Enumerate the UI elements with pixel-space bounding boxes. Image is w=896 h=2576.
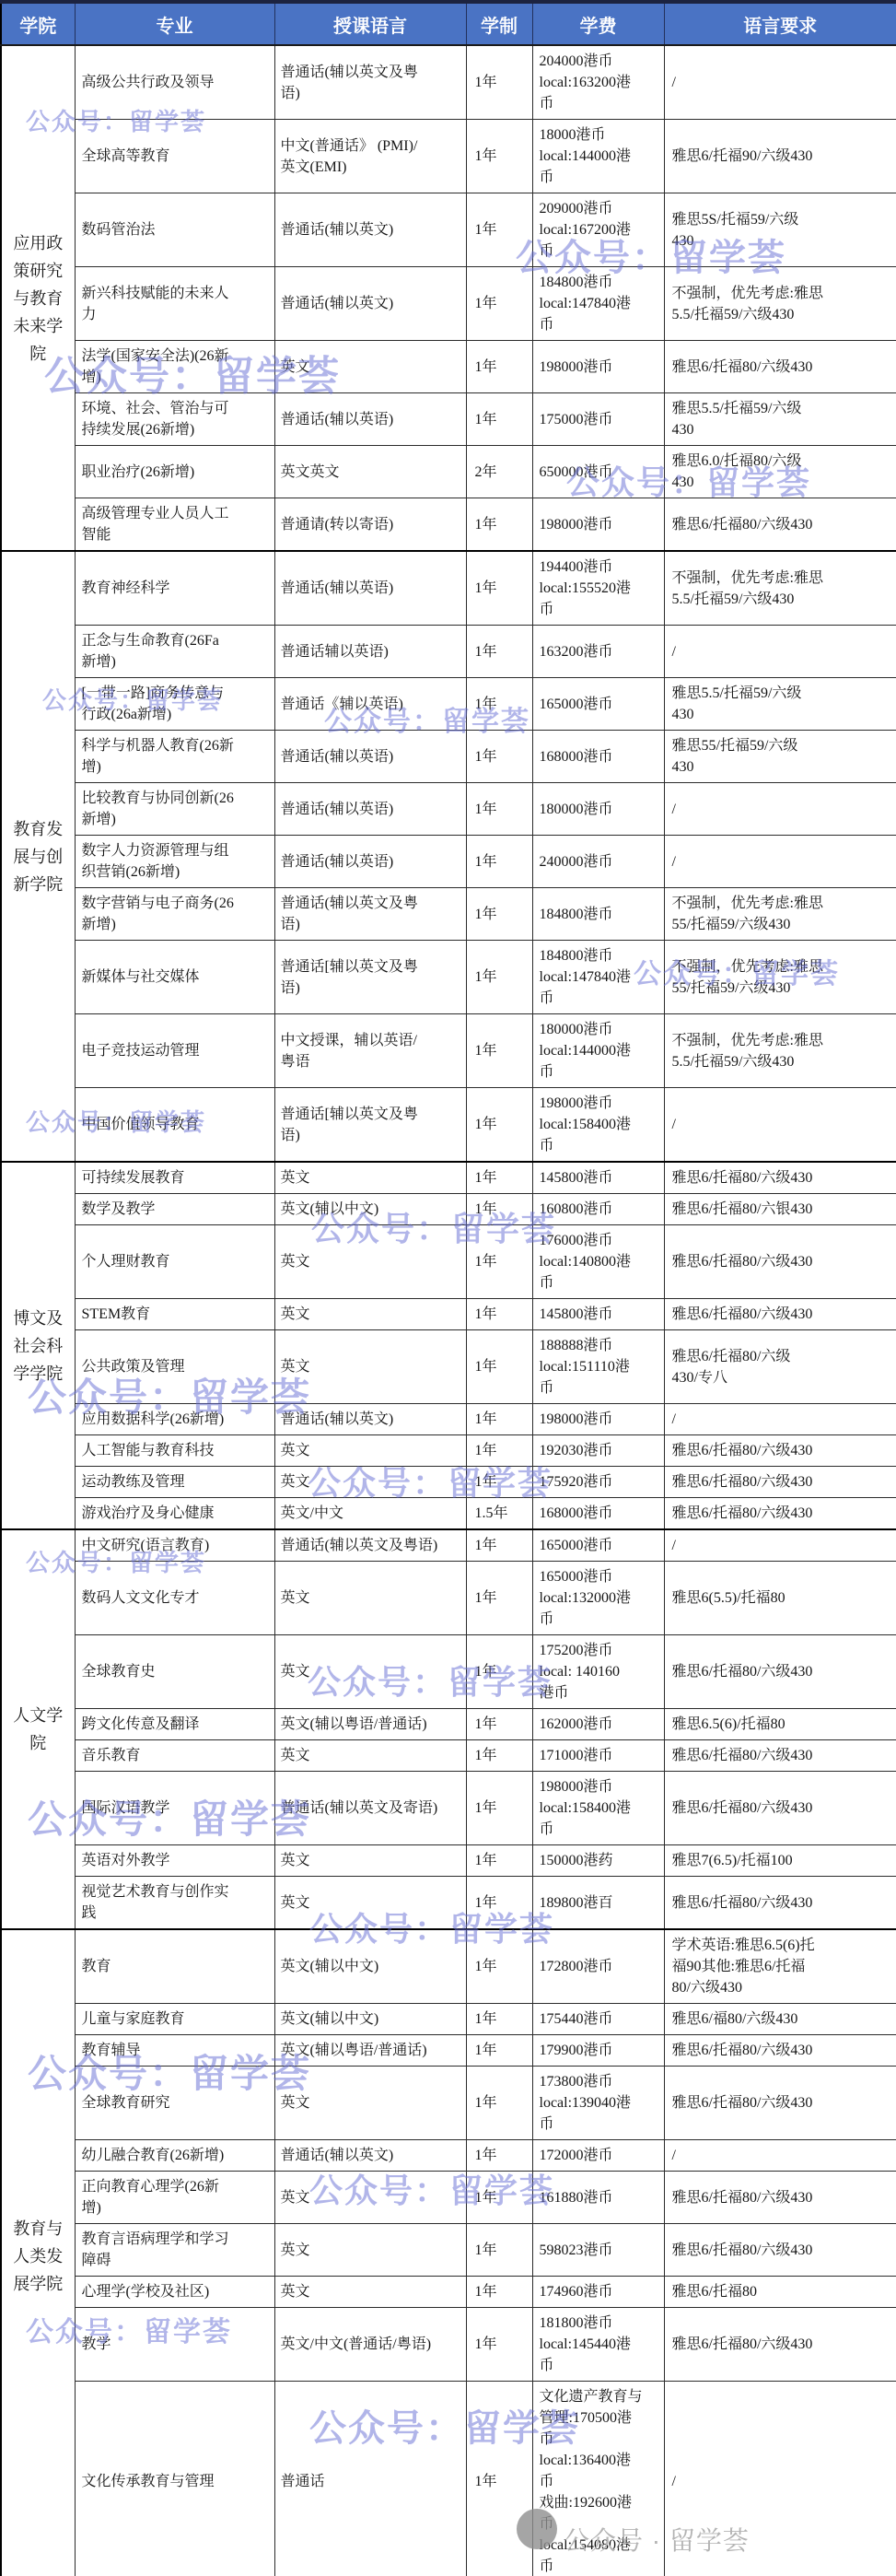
language-cell: 普通请(转以寄语) [274, 498, 466, 552]
requirement-cell: 雅思6/托福80/六级430 [664, 1467, 896, 1498]
duration-cell: 1年 [466, 1845, 532, 1877]
fee-cell: 209000港币 local:167200港 币 [532, 193, 664, 267]
language-cell: 英文 [274, 341, 466, 393]
fee-cell: 650000港币 [532, 446, 664, 498]
table-row: 英语对外教学英文1年150000港药雅思7(6.5)/托福100 [1, 1845, 896, 1877]
requirement-cell: 雅思6.0/托福80/六级 430 [664, 446, 896, 498]
table-row: 数字营销与电子商务(26 新增)普通话(辅以英文及粤 语)1年184800港币不… [1, 888, 896, 941]
duration-cell: 1年 [466, 1014, 532, 1088]
language-cell: 普通话(辅以英文) [274, 193, 466, 267]
major-cell: 儿童与家庭教育 [75, 2004, 274, 2035]
table-row: 教学英文/中文(普通话/粤语)1年181800港币 local:145440港 … [1, 2308, 896, 2382]
college-group: 应用政策研究与教育未来学院高级公共行政及领导普通话(辅以英文及粤 语)1年204… [1, 45, 896, 551]
requirement-cell: 不强制，优先考虑:雅思 55/托福59/六级430 [664, 888, 896, 941]
table-row: 教育发展与创新学院教育神经科学普通话(辅以英语)1年194400港币 local… [1, 551, 896, 626]
column-header-1: 专业 [75, 2, 274, 45]
table-row: 运动教练及管理英文1年175920港币雅思6/托福80/六级430 [1, 1467, 896, 1498]
fee-cell: 198000港币 [532, 341, 664, 393]
page: 学院专业授课语言学制学费语言要求 应用政策研究与教育未来学院高级公共行政及领导普… [0, 0, 896, 2576]
major-cell: 教育 [75, 1929, 274, 2004]
duration-cell: 1年 [466, 626, 532, 678]
major-cell: 全球高等教育 [75, 120, 274, 193]
table-row: 国际汉语教学普通话(辅以英文及寄语)1年198000港币 local:15840… [1, 1772, 896, 1845]
major-cell: 英语对外教学 [75, 1845, 274, 1877]
table-row: 视觉艺术教育与创作实 践英文1年189800港百雅思6/托福80/六级430 [1, 1877, 896, 1930]
fee-cell: 181800港币 local:145440港 币 [532, 2308, 664, 2382]
requirement-cell: / [664, 2382, 896, 2576]
duration-cell: 1年 [466, 731, 532, 783]
fee-cell: 145800港币 [532, 1299, 664, 1330]
requirement-cell: 雅思6/托福80/六银430 [664, 1194, 896, 1225]
requirement-cell: 雅思6/托福80/六级430 [664, 2224, 896, 2277]
requirement-cell: 雅思5S/托福59/六级 430 [664, 193, 896, 267]
major-cell: [一带一路]商务传意与 行政(26a新增) [75, 678, 274, 731]
language-cell: 英文(辅以粤语/普通话) [274, 1709, 466, 1740]
requirement-cell: / [664, 1404, 896, 1435]
duration-cell: 1年 [466, 2067, 532, 2140]
fee-cell: 175000港币 [532, 393, 664, 446]
fee-cell: 163200港币 [532, 626, 664, 678]
duration-cell: 1年 [466, 2308, 532, 2382]
language-cell: 普通话(辅以英语) [274, 836, 466, 888]
requirement-cell: 不强制，优先考虑:雅思 5.5/托福59/六级430 [664, 1014, 896, 1088]
table-row: 教育言语病理学和学习 障碍英文1年598023港币雅思6/托福80/六级430 [1, 2224, 896, 2277]
column-header-4: 学费 [532, 2, 664, 45]
requirement-cell: 雅思55/托福59/六级 430 [664, 731, 896, 783]
requirement-cell: 雅思5.5/托福59/六级 430 [664, 393, 896, 446]
language-cell: 英文(辅以中文) [274, 2004, 466, 2035]
table-row: 职业治疗(26新增)英文英文2年650000港币雅思6.0/托福80/六级 43… [1, 446, 896, 498]
table-row: 教育与人类发展学院教育英文(辅以中文)1年172800港币学术英语:雅思6.5(… [1, 1929, 896, 2004]
requirement-cell: 雅思6/托福80/六级430 [664, 2067, 896, 2140]
table-row: 数码管治法普通话(辅以英文)1年209000港币 local:167200港 币… [1, 193, 896, 267]
table-row: 公共政策及管理英文1年188888港币 local:151110港 币雅思6/托… [1, 1330, 896, 1404]
fee-cell: 174960港币 [532, 2277, 664, 2308]
fee-cell: 184800港币 [532, 888, 664, 941]
duration-cell: 1年 [466, 1877, 532, 1930]
major-cell: 正念与生命教育(26Fa 新增) [75, 626, 274, 678]
major-cell: 心理学(学校及社区) [75, 2277, 274, 2308]
fee-cell: 180000港币 [532, 783, 664, 836]
major-cell: 数码人文文化专才 [75, 1562, 274, 1635]
requirement-cell: 雅思5.5/托福59/六级 430 [664, 678, 896, 731]
language-cell: 英文 [274, 2224, 466, 2277]
language-cell: 普通话《辅以英语) [274, 678, 466, 731]
language-cell: 普通话(辅以英文及粤 语) [274, 45, 466, 120]
duration-cell: 1年 [466, 1709, 532, 1740]
table-row: 比较教育与协同创新(26 新增)普通话(辅以英语)1年180000港币/ [1, 783, 896, 836]
major-cell: 幼儿融合教育(26新增) [75, 2140, 274, 2172]
major-cell: 高级公共行政及领导 [75, 45, 274, 120]
language-cell: 普通话(辅以英文及粤语) [274, 1529, 466, 1562]
duration-cell: 1年 [466, 1194, 532, 1225]
duration-cell: 1年 [466, 2035, 532, 2067]
fee-cell: 175920港币 [532, 1467, 664, 1498]
table-row: STEM教育英文1年145800港币雅思6/托福80/六级430 [1, 1299, 896, 1330]
requirement-cell: / [664, 1088, 896, 1163]
duration-cell: 1年 [466, 2224, 532, 2277]
major-cell: 比较教育与协同创新(26 新增) [75, 783, 274, 836]
fee-cell: 240000港币 [532, 836, 664, 888]
requirement-cell: 雅思6/托福80/六级430 [664, 1162, 896, 1194]
language-cell: 普通话(辅以英语) [274, 551, 466, 626]
major-cell: 数学及教学 [75, 1194, 274, 1225]
requirement-cell: 雅思6/托福80/六级430 [664, 1225, 896, 1299]
table-row: 科学与机器人教育(26新 增)普通话(辅以英语)1年168000港币雅思55/托… [1, 731, 896, 783]
major-cell: 数字营销与电子商务(26 新增) [75, 888, 274, 941]
duration-cell: 1年 [466, 2172, 532, 2224]
language-cell: 英文/中文(普通话/粤语) [274, 2308, 466, 2382]
requirement-cell: 雅思6.5(6)/托福80 [664, 1709, 896, 1740]
table-row: 全球教育史英文1年175200港币 local: 140160 港币雅思6/托福… [1, 1635, 896, 1709]
major-cell: 人工智能与教育科技 [75, 1435, 274, 1467]
language-cell: 英文 [274, 1162, 466, 1194]
requirement-cell: 雅思6/托福80/六级430 [664, 1498, 896, 1530]
requirement-cell: 雅思6/托福90/六级430 [664, 120, 896, 193]
duration-cell: 1年 [466, 393, 532, 446]
table-row: 游戏治疗及身心健康英文/中文1.5年168000港币雅思6/托福80/六级430 [1, 1498, 896, 1530]
fee-cell: 189800港百 [532, 1877, 664, 1930]
table-row: 音乐教育英文1年171000港币雅思6/托福80/六级430 [1, 1740, 896, 1772]
header-row: 学院专业授课语言学制学费语言要求 [1, 2, 896, 45]
language-cell: 普通话(辅以英文) [274, 267, 466, 341]
duration-cell: 1年 [466, 1562, 532, 1635]
duration-cell: 1年 [466, 1740, 532, 1772]
duration-cell: 1年 [466, 941, 532, 1014]
duration-cell: 1年 [466, 1435, 532, 1467]
fee-cell: 180000港币 local:144000港 币 [532, 1014, 664, 1088]
fee-cell: 198000港币 local:158400港 币 [532, 1088, 664, 1163]
major-cell: 国际汉语教学 [75, 1772, 274, 1845]
table-row: 心理学(学校及社区)英文1年174960港币雅思6/托福80 [1, 2277, 896, 2308]
language-cell: 英文 [274, 1845, 466, 1877]
duration-cell: 1年 [466, 2277, 532, 2308]
language-cell: 英文 [274, 1562, 466, 1635]
duration-cell: 1年 [466, 2382, 532, 2576]
major-cell: 个人理财教育 [75, 1225, 274, 1299]
major-cell: 教学 [75, 2308, 274, 2382]
college-cell: 博文及社会科学学院 [1, 1162, 75, 1529]
duration-cell: 1年 [466, 1299, 532, 1330]
fee-cell: 145800港币 [532, 1162, 664, 1194]
major-cell: 数字人力资源管理与组 织营销(26新增) [75, 836, 274, 888]
requirement-cell: 雅思6/托福80/六级430 [664, 1299, 896, 1330]
table-row: 中国价值领导教育普通话[辅以英文及粤 语)1年198000港币 local:15… [1, 1088, 896, 1163]
table-row: 电子竞技运动管理中文授课，辅以英语/ 粤语1年180000港币 local:14… [1, 1014, 896, 1088]
college-group: 人文学院中文研究(语言教育)普通话(辅以英文及粤语)1年165000港币/数码人… [1, 1529, 896, 1929]
language-cell: 普通话(辅以英文) [274, 1404, 466, 1435]
table-row: 教育辅导英文(辅以粤语/普通话)1年179900港币雅思6/托福80/六级430 [1, 2035, 896, 2067]
language-cell: 普通话(辅以英语) [274, 393, 466, 446]
language-cell: 英文英文 [274, 446, 466, 498]
duration-cell: 1年 [466, 888, 532, 941]
requirement-cell: 雅思6/托福80/六级430 [664, 1635, 896, 1709]
fee-cell: 175440港币 [532, 2004, 664, 2035]
table-row: 环境、社会、管治与可 持续发展(26新增)普通话(辅以英语)1年175000港币… [1, 393, 896, 446]
major-cell: 教育神经科学 [75, 551, 274, 626]
language-cell: 英文 [274, 1435, 466, 1467]
requirement-cell: 雅思6/托福80 [664, 2277, 896, 2308]
table-row: 新媒体与社交媒体普通话[辅以英文及粤 语)1年184800港币 local:14… [1, 941, 896, 1014]
fee-cell: 161880港币 [532, 2172, 664, 2224]
language-cell: 英文(辅以粤语/普通话) [274, 2035, 466, 2067]
duration-cell: 1年 [466, 2140, 532, 2172]
duration-cell: 1年 [466, 1529, 532, 1562]
table-row: 数字人力资源管理与组 织营销(26新增)普通话(辅以英语)1年240000港币/ [1, 836, 896, 888]
table-row: 文化传承教育与管理普通话1年文化遗产教育与 管理:170500港 币 local… [1, 2382, 896, 2576]
language-cell: 英文 [274, 2172, 466, 2224]
fee-cell: 175200港币 local: 140160 港币 [532, 1635, 664, 1709]
requirement-cell: 不强制，优先考虑:雅思 5.5/托福59/六级430 [664, 267, 896, 341]
table-row: 高级管理专业人员人工 智能普通请(转以寄语)1年198000港币雅思6/托福80… [1, 498, 896, 552]
duration-cell: 1年 [466, 45, 532, 120]
language-cell: 普通话(辅以英文及粤 语) [274, 888, 466, 941]
requirement-cell: 雅思6/托福80/六级430 [664, 2035, 896, 2067]
duration-cell: 1年 [466, 1772, 532, 1845]
college-cell: 教育与人类发展学院 [1, 1929, 75, 2576]
requirement-cell: 雅思6(5.5)/托福80 [664, 1562, 896, 1635]
fee-cell: 192030港币 [532, 1435, 664, 1467]
major-cell: 教育辅导 [75, 2035, 274, 2067]
major-cell: 跨文化传意及翻译 [75, 1709, 274, 1740]
table-row: 数码人文文化专才英文1年165000港币 local:132000港 币雅思6(… [1, 1562, 896, 1635]
major-cell: 中国价值领导教育 [75, 1088, 274, 1163]
fee-cell: 文化遗产教育与 管理:170500港 币 local:136400港 币 戏曲:… [532, 2382, 664, 2576]
table-header: 学院专业授课语言学制学费语言要求 [1, 2, 896, 45]
duration-cell: 1年 [466, 1467, 532, 1498]
major-cell: 全球教育史 [75, 1635, 274, 1709]
programs-table: 学院专业授课语言学制学费语言要求 应用政策研究与教育未来学院高级公共行政及领导普… [0, 0, 896, 2576]
duration-cell: 1年 [466, 1088, 532, 1163]
duration-cell: 1年 [466, 1225, 532, 1299]
language-cell: 英文 [274, 2067, 466, 2140]
language-cell: 英文(辅以中文) [274, 1194, 466, 1225]
table-row: 应用数据科学(26新增)普通话(辅以英文)1年198000港币/ [1, 1404, 896, 1435]
requirement-cell: / [664, 1529, 896, 1562]
table-row: 全球高等教育中文(普通话》 (PMI)/ 英文(EMI)1年18000港币 lo… [1, 120, 896, 193]
language-cell: 英文 [274, 1877, 466, 1930]
requirement-cell: 雅思6/托福80/六级430 [664, 2308, 896, 2382]
fee-cell: 184800港币 local:147840港 币 [532, 267, 664, 341]
fee-cell: 150000港药 [532, 1845, 664, 1877]
language-cell: 普通话 [274, 2382, 466, 2576]
duration-cell: 1年 [466, 120, 532, 193]
language-cell: 中文(普通话》 (PMI)/ 英文(EMI) [274, 120, 466, 193]
table-row: 新兴科技赋能的未来人 力普通话(辅以英文)1年184800港币 local:14… [1, 267, 896, 341]
table-row: 正向教育心理学(26新 增)英文1年161880港币雅思6/托福80/六级430 [1, 2172, 896, 2224]
table-row: [一带一路]商务传意与 行政(26a新增)普通话《辅以英语)1年165000港币… [1, 678, 896, 731]
language-cell: 中文授课，辅以英语/ 粤语 [274, 1014, 466, 1088]
table-row: 法学(国家安全法)(26新 增)英文1年198000港币雅思6/托福80/六级4… [1, 341, 896, 393]
duration-cell: 1年 [466, 2004, 532, 2035]
table-row: 应用政策研究与教育未来学院高级公共行政及领导普通话(辅以英文及粤 语)1年204… [1, 45, 896, 120]
language-cell: 英文 [274, 2277, 466, 2308]
duration-cell: 1年 [466, 498, 532, 552]
requirement-cell: 雅思6/托福80/六级430 [664, 1740, 896, 1772]
requirement-cell: 不强制，优先考虑:雅思 5.5/托福59/六级430 [664, 551, 896, 626]
table-row: 全球教育研究英文1年173800港币 local:139040港 币雅思6/托福… [1, 2067, 896, 2140]
fee-cell: 176000港币 local:140800港 币 [532, 1225, 664, 1299]
requirement-cell: 不强制，优先考虑:雅思 55/托福59/六级430 [664, 941, 896, 1014]
requirement-cell: / [664, 836, 896, 888]
requirement-cell: 雅思6/福80/六级430 [664, 2004, 896, 2035]
table-row: 个人理财教育英文1年176000港币 local:140800港 币雅思6/托福… [1, 1225, 896, 1299]
fee-cell: 188888港币 local:151110港 币 [532, 1330, 664, 1404]
language-cell: 普通话(辅以英语) [274, 731, 466, 783]
college-cell: 教育发展与创新学院 [1, 551, 75, 1162]
fee-cell: 198000港币 [532, 1404, 664, 1435]
fee-cell: 598023港币 [532, 2224, 664, 2277]
table-row: 博文及社会科学学院可持续发展教育英文1年145800港币雅思6/托福80/六级4… [1, 1162, 896, 1194]
requirement-cell: 雅思6/托福80/六级 430/专八 [664, 1330, 896, 1404]
major-cell: 正向教育心理学(26新 增) [75, 2172, 274, 2224]
column-header-0: 学院 [1, 2, 75, 45]
college-group: 博文及社会科学学院可持续发展教育英文1年145800港币雅思6/托福80/六级4… [1, 1162, 896, 1529]
major-cell: 公共政策及管理 [75, 1330, 274, 1404]
major-cell: 视觉艺术教育与创作实 践 [75, 1877, 274, 1930]
language-cell: 英文 [274, 1740, 466, 1772]
language-cell: 英文(辅以中文) [274, 1929, 466, 2004]
major-cell: 数码管治法 [75, 193, 274, 267]
language-cell: 英文 [274, 1330, 466, 1404]
major-cell: 游戏治疗及身心健康 [75, 1498, 274, 1530]
fee-cell: 198000港币 [532, 498, 664, 552]
major-cell: 应用数据科学(26新增) [75, 1404, 274, 1435]
major-cell: 新兴科技赋能的未来人 力 [75, 267, 274, 341]
language-cell: 普通话(辅以英文及寄语) [274, 1772, 466, 1845]
duration-cell: 1年 [466, 193, 532, 267]
fee-cell: 162000港币 [532, 1709, 664, 1740]
requirement-cell: 雅思6/托福80/六级430 [664, 1877, 896, 1930]
major-cell: 高级管理专业人员人工 智能 [75, 498, 274, 552]
duration-cell: 1年 [466, 783, 532, 836]
fee-cell: 171000港币 [532, 1740, 664, 1772]
major-cell: 环境、社会、管治与可 持续发展(26新增) [75, 393, 274, 446]
fee-cell: 165000港币 [532, 678, 664, 731]
duration-cell: 2年 [466, 446, 532, 498]
requirement-cell: / [664, 2140, 896, 2172]
fee-cell: 172000港币 [532, 2140, 664, 2172]
major-cell: 电子竞技运动管理 [75, 1014, 274, 1088]
duration-cell: 1年 [466, 1929, 532, 2004]
language-cell: 英文 [274, 1467, 466, 1498]
major-cell: 教育言语病理学和学习 障碍 [75, 2224, 274, 2277]
fee-cell: 204000港币 local:163200港 币 [532, 45, 664, 120]
fee-cell: 198000港币 local:158400港 币 [532, 1772, 664, 1845]
requirement-cell: 雅思6/托福80/六级430 [664, 1435, 896, 1467]
requirement-cell: / [664, 45, 896, 120]
requirement-cell: 学术英语:雅思6.5(6)托 福90其他:雅思6/托福 80/六级430 [664, 1929, 896, 2004]
major-cell: 科学与机器人教育(26新 增) [75, 731, 274, 783]
fee-cell: 172800港币 [532, 1929, 664, 2004]
language-cell: 英文 [274, 1299, 466, 1330]
duration-cell: 1年 [466, 1330, 532, 1404]
duration-cell: 1年 [466, 678, 532, 731]
fee-cell: 173800港币 local:139040港 币 [532, 2067, 664, 2140]
requirement-cell: 雅思6/托福80/六级430 [664, 341, 896, 393]
major-cell: 新媒体与社交媒体 [75, 941, 274, 1014]
language-cell: 英文 [274, 1225, 466, 1299]
fee-cell: 18000港币 local:144000港 币 [532, 120, 664, 193]
table-row: 人文学院中文研究(语言教育)普通话(辅以英文及粤语)1年165000港币/ [1, 1529, 896, 1562]
duration-cell: 1年 [466, 1635, 532, 1709]
requirement-cell: 雅思6/托福80/六级430 [664, 1772, 896, 1845]
major-cell: 法学(国家安全法)(26新 增) [75, 341, 274, 393]
major-cell: 文化传承教育与管理 [75, 2382, 274, 2576]
fee-cell: 168000港币 [532, 731, 664, 783]
duration-cell: 1年 [466, 836, 532, 888]
language-cell: 普通话(辅以英语) [274, 783, 466, 836]
language-cell: 英文 [274, 1635, 466, 1709]
language-cell: 普通话辅以英语) [274, 626, 466, 678]
fee-cell: 160800港币 [532, 1194, 664, 1225]
column-header-5: 语言要求 [664, 2, 896, 45]
major-cell: 中文研究(语言教育) [75, 1529, 274, 1562]
requirement-cell: 雅思6/托福80/六级430 [664, 498, 896, 552]
table-row: 正念与生命教育(26Fa 新增)普通话辅以英语)1年163200港币/ [1, 626, 896, 678]
table-row: 跨文化传意及翻译英文(辅以粤语/普通话)1年162000港币雅思6.5(6)/托… [1, 1709, 896, 1740]
column-header-2: 授课语言 [274, 2, 466, 45]
requirement-cell: 雅思7(6.5)/托福100 [664, 1845, 896, 1877]
college-group: 教育与人类发展学院教育英文(辅以中文)1年172800港币学术英语:雅思6.5(… [1, 1929, 896, 2576]
language-cell: 普通话[辅以英文及粤 语) [274, 1088, 466, 1163]
table-row: 幼儿融合教育(26新增)普通话(辅以英文)1年172000港币/ [1, 2140, 896, 2172]
fee-cell: 179900港币 [532, 2035, 664, 2067]
language-cell: 普通话(辅以英文) [274, 2140, 466, 2172]
fee-cell: 184800港币 local:147840港 币 [532, 941, 664, 1014]
language-cell: 英文/中文 [274, 1498, 466, 1530]
major-cell: 音乐教育 [75, 1740, 274, 1772]
duration-cell: 1年 [466, 341, 532, 393]
college-group: 教育发展与创新学院教育神经科学普通话(辅以英语)1年194400港币 local… [1, 551, 896, 1162]
language-cell: 普通话[辅以英文及粤 语) [274, 941, 466, 1014]
fee-cell: 165000港币 [532, 1529, 664, 1562]
table-row: 数学及教学英文(辅以中文)1年160800港币雅思6/托福80/六银430 [1, 1194, 896, 1225]
duration-cell: 1年 [466, 267, 532, 341]
duration-cell: 1年 [466, 1162, 532, 1194]
fee-cell: 194400港币 local:155520港 币 [532, 551, 664, 626]
requirement-cell: 雅思6/托福80/六级430 [664, 2172, 896, 2224]
table-row: 人工智能与教育科技英文1年192030港币雅思6/托福80/六级430 [1, 1435, 896, 1467]
major-cell: 全球教育研究 [75, 2067, 274, 2140]
duration-cell: 1.5年 [466, 1498, 532, 1530]
column-header-3: 学制 [466, 2, 532, 45]
table-row: 儿童与家庭教育英文(辅以中文)1年175440港币雅思6/福80/六级430 [1, 2004, 896, 2035]
major-cell: 可持续发展教育 [75, 1162, 274, 1194]
fee-cell: 168000港币 [532, 1498, 664, 1530]
requirement-cell: / [664, 783, 896, 836]
duration-cell: 1年 [466, 551, 532, 626]
major-cell: 运动教练及管理 [75, 1467, 274, 1498]
major-cell: STEM教育 [75, 1299, 274, 1330]
college-cell: 人文学院 [1, 1529, 75, 1929]
duration-cell: 1年 [466, 1404, 532, 1435]
requirement-cell: / [664, 626, 896, 678]
major-cell: 职业治疗(26新增) [75, 446, 274, 498]
college-cell: 应用政策研究与教育未来学院 [1, 45, 75, 551]
fee-cell: 165000港币 local:132000港 币 [532, 1562, 664, 1635]
